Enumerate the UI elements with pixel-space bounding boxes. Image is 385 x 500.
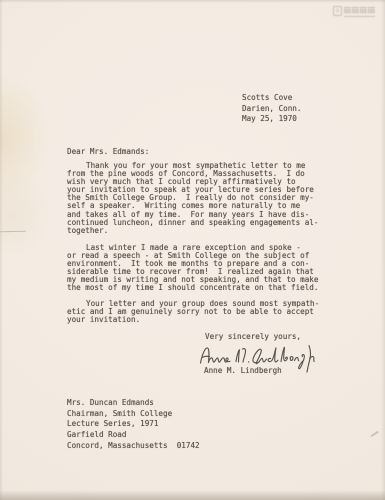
salutation: Dear Mrs. Edmands:: [67, 148, 149, 156]
typed-sender-name: Anne M. Lindbergh: [204, 367, 282, 375]
body-paragraph-1: Thank you for your most sympathetic lett…: [67, 162, 318, 235]
paper-scratch-right: [370, 431, 378, 437]
photo-top-edge: [0, 0, 385, 3]
photo-right-edge: [381, 0, 385, 500]
photo-left-edge: [0, 0, 3, 500]
recipient-address-block: Mrs. Duncan Edmands Chairman, Smith Coll…: [67, 398, 200, 452]
body-paragraph-3: Your letter and your group does sound mo…: [67, 300, 319, 324]
complimentary-close: Very sincerely yours,: [205, 333, 301, 341]
letter-photo: Scotts Cove Darien, Conn. May 25, 1970 D…: [0, 0, 385, 500]
watermark-glyph: [344, 7, 351, 14]
watermark-seal-icon: [333, 6, 342, 16]
watermark-glyphs: [344, 7, 375, 14]
watermark-underline: [344, 16, 375, 17]
watermark-glyph: [360, 7, 367, 14]
auction-watermark: [333, 6, 375, 16]
photo-bottom-edge: [0, 490, 385, 500]
return-address-block: Scotts Cove Darien, Conn. May 25, 1970: [242, 93, 301, 125]
watermark-glyph: [352, 7, 359, 14]
paper-scratch-left: [0, 231, 26, 232]
body-paragraph-2: Last winter I made a rare exception and …: [67, 244, 318, 293]
watermark-glyph: [368, 7, 375, 14]
